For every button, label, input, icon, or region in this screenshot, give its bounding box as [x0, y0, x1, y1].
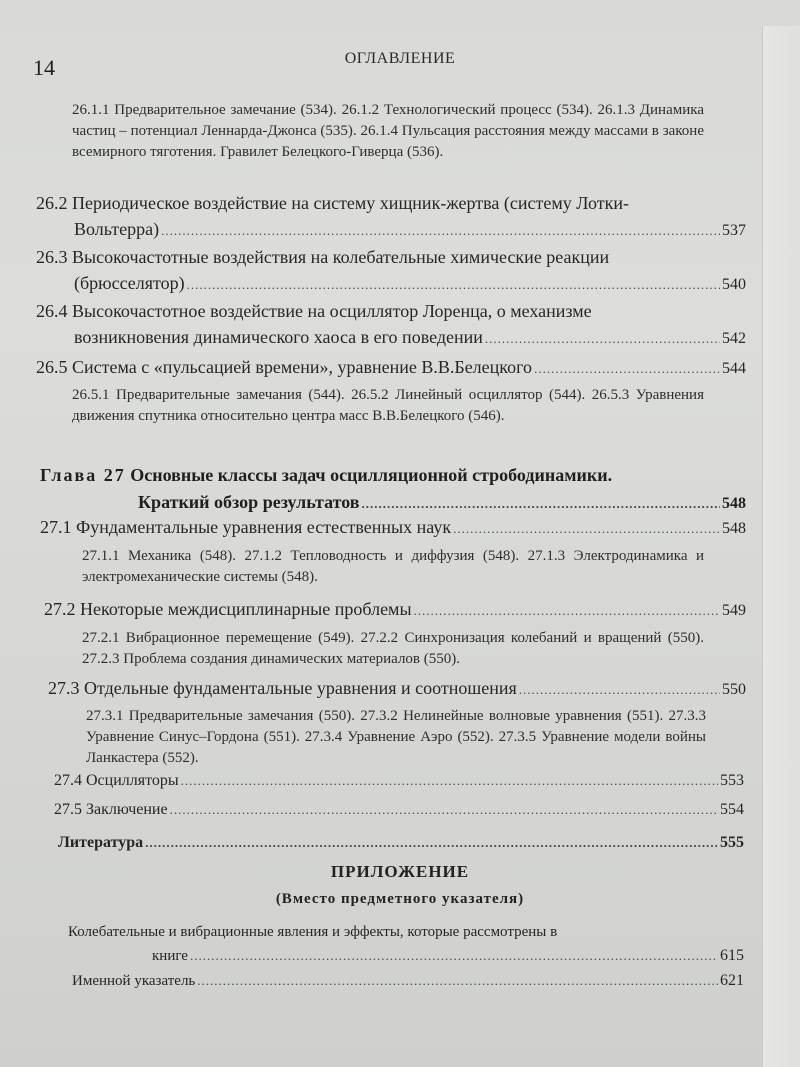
- toc-entry-title: 26.5 Система с «пульсацией времени», ура…: [36, 354, 532, 380]
- toc-page-number: 537: [722, 218, 746, 244]
- toc-page-number: 555: [720, 830, 744, 856]
- toc-entry-title: Именной указатель: [72, 969, 195, 993]
- toc-page-number: 553: [720, 768, 744, 794]
- toc-page-number: 550: [722, 677, 746, 703]
- toc-entry-title: Колебательные и вибрационные явления и э…: [68, 920, 744, 944]
- toc-entry-title: 27.2 Некоторые междисциплинарные проблем…: [44, 596, 412, 622]
- toc-entry-title: 26.2 Периодическое воздействие на систем…: [36, 190, 746, 216]
- leader-dots: [519, 677, 720, 703]
- show-through-text: [70, 1000, 750, 1067]
- leader-dots: [485, 326, 720, 352]
- toc-entry-26-4[interactable]: 26.4 Высокочастотное воздействие на осци…: [36, 298, 746, 352]
- toc-page-number: 540: [722, 272, 746, 298]
- toc-entry-title: 27.3 Отдельные фундаментальные уравнения…: [48, 675, 517, 701]
- toc-page-number: 544: [722, 356, 746, 382]
- toc-subsections-27-3: 27.3.1 Предварительные замечания (550). …: [86, 706, 706, 769]
- toc-page-number: 542: [722, 326, 746, 352]
- chapter-title-cont: Краткий обзор результатов: [138, 489, 360, 516]
- toc-entry-title-cont: возникновения динамического хаоса в его …: [74, 324, 483, 350]
- toc-page-number: 554: [720, 797, 744, 823]
- appendix-entry-phenomena[interactable]: Колебательные и вибрационные явления и э…: [68, 920, 744, 968]
- toc-page-number: 621: [720, 969, 744, 993]
- next-page-edge: [762, 26, 800, 1067]
- toc-entry-27-4[interactable]: 27.4 Осцилляторы 553: [54, 768, 744, 794]
- toc-page-number: 548: [722, 490, 746, 517]
- toc-entry-title: 27.5 Заключение: [54, 797, 168, 823]
- running-title: ОГЛАВЛЕНИЕ: [0, 50, 800, 68]
- leader-dots: [145, 830, 718, 856]
- toc-entry-27-3[interactable]: 27.3 Отдельные фундаментальные уравнения…: [48, 675, 746, 703]
- appendix-title: ПРИЛОЖЕНИЕ: [0, 862, 800, 882]
- leader-dots: [197, 969, 718, 993]
- leader-dots: [161, 218, 720, 244]
- toc-entry-26-2[interactable]: 26.2 Периодическое воздействие на систем…: [36, 190, 746, 244]
- toc-entry-title-cont: Вольтерра): [74, 216, 159, 242]
- toc-subsections-27-1: 27.1.1 Механика (548). 27.1.2 Тепловодно…: [82, 546, 704, 588]
- leader-dots: [187, 272, 720, 298]
- toc-page-number: 549: [722, 598, 746, 624]
- leader-dots: [534, 356, 720, 382]
- leader-dots: [414, 598, 720, 624]
- toc-entry-26-5[interactable]: 26.5 Система с «пульсацией времени», ура…: [36, 354, 746, 382]
- leader-dots: [181, 768, 718, 794]
- leader-dots: [190, 944, 718, 968]
- toc-entry-title: 26.4 Высокочастотное воздействие на осци…: [36, 298, 746, 324]
- leader-dots: [453, 516, 720, 542]
- toc-entry-literature[interactable]: Литература 555: [58, 830, 744, 856]
- toc-entry-title: 26.3 Высокочастотные воздействия на коле…: [36, 244, 746, 270]
- toc-page-number: 615: [720, 944, 744, 968]
- toc-entry-27-1[interactable]: 27.1 Фундаментальные уравнения естествен…: [40, 514, 746, 542]
- toc-subsections-26-1: 26.1.1 Предварительное замечание (534). …: [72, 100, 704, 163]
- appendix-entry-name-index[interactable]: Именной указатель 621: [72, 969, 744, 993]
- appendix-subtitle: (Вместо предметного указателя): [0, 891, 800, 908]
- toc-entry-title-cont: (брюсселятор): [74, 270, 185, 296]
- chapter-label: Глава 27: [40, 465, 126, 485]
- toc-subsections-26-5: 26.5.1 Предварительные замечания (544). …: [72, 385, 704, 427]
- chapter-title: Основные классы задач осцилляционной стр…: [130, 465, 612, 485]
- leader-dots: [362, 490, 720, 517]
- toc-entry-title: Литература: [58, 830, 143, 856]
- toc-entry-27-5[interactable]: 27.5 Заключение 554: [54, 797, 744, 823]
- toc-entry-27-2[interactable]: 27.2 Некоторые междисциплинарные проблем…: [44, 596, 746, 624]
- toc-page-number: 548: [722, 516, 746, 542]
- toc-subsections-27-2: 27.2.1 Вибрационное перемещение (549). 2…: [82, 628, 704, 670]
- toc-chapter-27[interactable]: Глава 27 Основные классы задач осцилляци…: [40, 462, 746, 517]
- toc-entry-title-cont: книге: [152, 944, 188, 968]
- toc-entry-title: 27.1 Фундаментальные уравнения естествен…: [40, 514, 451, 540]
- leader-dots: [170, 797, 718, 823]
- toc-entry-title: 27.4 Осцилляторы: [54, 768, 179, 794]
- toc-entry-26-3[interactable]: 26.3 Высокочастотные воздействия на коле…: [36, 244, 746, 298]
